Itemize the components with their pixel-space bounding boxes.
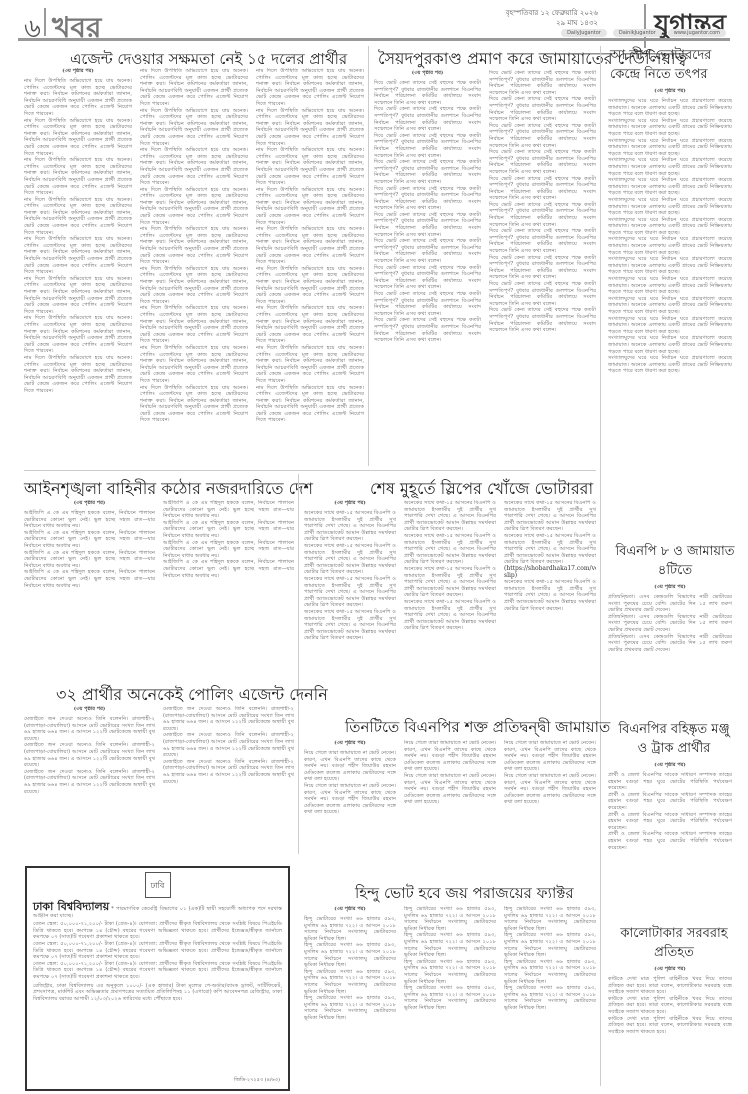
article-body: হিন্দু ভোটারের সংখ্যা ৬৬ হাজার ৫৯৩, মুসল… <box>304 995 396 1021</box>
continued-label: (৩য় পৃষ্ঠার পর) <box>304 740 396 748</box>
article-body: নাম দিলে উপস্থিতি অভিযোগে হয়ে যায় অনেক… <box>24 78 132 118</box>
article-body: নাম দিলে উপস্থিতি অভিযোগে হয়ে যায় অনেক… <box>140 226 248 266</box>
facebook-link[interactable]: DainikJugantor <box>613 29 662 37</box>
article-body: নাম দিলে উপস্থিতি অভিযোগে হয়ে যায় অনেক… <box>24 276 132 316</box>
continued-label: (৩য় পৃষ্ঠার পর) <box>608 88 732 96</box>
article-body: দিয়ে ভোট কেনা তাদের সেই বহুদের পক্ষে কত… <box>374 186 481 212</box>
newspaper-logo: যুগান্তর <box>644 4 726 48</box>
continued-label: (৩য় পৃষ্ঠার পর) <box>374 70 481 78</box>
date-gregorian: বৃহস্পতিবার ১২ ফেব্রুয়ারি ২০২৬ <box>506 8 598 18</box>
column-divider <box>298 474 299 854</box>
column-divider <box>600 46 601 1086</box>
article-agent-capacity: (৩য় পৃষ্ঠার পর)নাম দিলে উপস্থিতি অভিযোগ… <box>24 68 364 468</box>
article-body: প্রতিদ্বন্দ্বিতা। এসব কেন্দ্রগুলি বিভাগে… <box>608 634 732 654</box>
continued-label: (৩য় পৃষ্ঠার পর) <box>608 584 732 592</box>
continued-label: (৩য় পৃষ্ঠার পর) <box>24 706 155 714</box>
article-body: দিয়ে ভোট কেনা তাদের সেই বহুদের পক্ষে কত… <box>489 70 596 96</box>
headline-bnp-8[interactable]: বিএনপি ৮ ও জামায়াত ৪টিতে <box>615 542 735 580</box>
continued-label: (৩য় পৃষ্ঠার পর) <box>304 906 396 914</box>
article-body: নাম দিলে উপস্থিতি অভিযোগে হয়ে যায় অনেক… <box>24 355 132 395</box>
article-body: সংখ্যালঘুদের ঘরে ঘরে নির্বাচন ঘরে প্রচার… <box>608 118 732 138</box>
article-body: আইজিপি এ কে এম শহিদুল হককে বলেন, নির্বাচ… <box>24 569 155 589</box>
article-body: নাম দিলে উপস্থিতি অভিযোগে হয়ে যায় অনেক… <box>256 226 364 266</box>
article-body: হিন্দু ভোটারের সংখ্যা ৬৬ হাজার ৫৯৩, মুসল… <box>304 969 396 995</box>
article-body: সংখ্যালঘুদের ঘরে ঘরে নির্বাচন ঘরে প্রচার… <box>608 355 732 375</box>
article-body: প্রার্থী ও জেলা বিএনপির সাবেক সাধারণ সম্… <box>608 772 732 792</box>
social-links: DailyJugantor DainikJugantor www.juganto… <box>561 29 726 37</box>
article-body: আইজিপি এ কে এম শহিদুল হককে বলেন, নির্বাচ… <box>163 500 294 520</box>
article-body: সংখ্যালঘুদের ঘরে ঘরে নির্বাচন ঘরে প্রচার… <box>608 98 732 118</box>
advertisement-body: বেতন স্কেল: ৫০,০০০-৭১,২০০/- টাকা (গ্রেড-… <box>33 961 282 981</box>
continued-label: (৩য় পৃষ্ঠার পর) <box>304 500 396 508</box>
continued-label: (৩য় পৃষ্ঠার পর) <box>608 966 732 974</box>
article-body: অনেকের সাথে কথা-১৫ আসনের বিএনপি ও জামায়… <box>304 543 396 576</box>
article-body: আইজিপি এ কে এম শহিদুল হককে বলেন, নির্বাচ… <box>24 550 155 570</box>
article-body: হিন্দু ভোটারের সংখ্যা ৬৬ হাজার ৫৯৩, মুসল… <box>404 906 496 932</box>
article-body: দিয়ে ভোট কেনা তাদের সেই বহুদের পক্ষে কত… <box>374 106 481 132</box>
article-body: নাম দিলে উপস্থিতি অভিযোগে হয়ে যায় অনেক… <box>140 305 248 345</box>
article-expelled-manju: (৩য় পৃষ্ঠার পর) প্রার্থী ও জেলা বিএনপির… <box>608 762 732 912</box>
article-saidpur: (৩য় পৃষ্ঠার পর)দিয়ে ভোট কেনা তাদের সেই… <box>374 70 596 470</box>
article-body: দিয়ে ভোট কেনা তাদের সেই বহুদের পক্ষে কত… <box>489 123 596 149</box>
date-bengali: ২৯ মাঘ ১৪৩২ <box>506 18 598 28</box>
article-body: দিয়ে ভোট কেনা তাদের সেই বহুদের পক্ষে কত… <box>489 281 596 307</box>
article-body: প্রার্থী ও জেলা বিএনপির সাবেক সাধারণ সম্… <box>608 792 732 812</box>
article-body: দিয়ে ভোট কেনা তাদের সেই বহুদের পক্ষে কত… <box>374 80 481 106</box>
article-body: নাম দিলে উপস্থিতি অভিযোগে হয়ে যায় অনেক… <box>140 345 248 385</box>
article-body: সংখ্যালঘুদের ঘরে ঘরে নির্বাচন ঘরে প্রচার… <box>608 316 732 336</box>
article-body: আইজিপি এ কে এম শহিদুল হককে বলেন, নির্বাচ… <box>163 520 294 540</box>
section-title: খবর <box>52 6 101 53</box>
article-body: হিন্দু ভোটারের সংখ্যা ৬৬ হাজার ৫৯৩, মুসল… <box>404 985 496 1011</box>
article-body: মেজাইতে জন দেওয়া অন্যেও তিনি বলেননি। রা… <box>163 759 294 785</box>
article-body: প্রতিদ্বন্দ্বিতা। এসব কেন্দ্রগুলি বিভাগে… <box>608 614 732 634</box>
article-body: নাম দিলে উপস্থিতি অভিযোগে হয়ে যায় অনেক… <box>256 108 364 148</box>
divider <box>44 8 46 36</box>
article-body: মেজাইতে জন দেওয়া অন্যেও তিনি বলেননি। রা… <box>163 732 294 758</box>
article-body: নিয়ে গেলে তারা জামায়াতে না ভোট নেবেন। … <box>304 750 396 783</box>
headline-black-money[interactable]: কালোটাকার সরবরাহ প্রতিহত <box>612 924 736 962</box>
section-divider <box>24 470 596 471</box>
headline-law-enforcement[interactable]: আইনশৃঙ্খলা বাহিনীর কঠোর নজরদারিতে দেশ <box>24 476 313 503</box>
article-law-enforcement: (৩য় পৃষ্ঠার পর)আইজিপি এ কে এম শহিদুল হক… <box>24 500 294 670</box>
headline-jamaat-rival[interactable]: তিনটিতে বিএনপির শক্ত প্রতিদ্বন্দ্বী জামা… <box>345 716 610 741</box>
article-jamaat-rival: (৩য় পৃষ্ঠার পর)নিয়ে গেলে তারা জামায়াত… <box>304 740 596 850</box>
voter-slip-link[interactable]: (https://shobardhaka17.com/voter-slip) <box>504 566 596 579</box>
article-body: নাম দিলে উপস্থিতি অভিযোগে হয়ে যায় অনেক… <box>256 147 364 187</box>
page-number: ৬ <box>24 8 41 52</box>
advertisement-body: বেতন স্কেল: ৫০,০০০-৭১,২০০/- টাকা (গ্রেড-… <box>33 941 282 961</box>
article-body: নাম দিলে উপস্থিতি অভিযোগে হয়ে যায় অনেক… <box>140 266 248 306</box>
article-body: অনেকের সাথে কথা-১৫ আসনের বিএনপি ও জামায়… <box>404 500 496 533</box>
article-body: দিয়ে ভোট কেনা তাদের সেই বহুদের পক্ষে কত… <box>489 176 596 202</box>
article-body: নিয়ে গেলে তারা জামায়াতে না ভোট নেবেন। … <box>304 783 396 816</box>
article-body: নিয়ে গেলে তারা জামায়াতে না ভোট নেবেন। … <box>404 740 496 773</box>
article-body: কাউকে দেখা মাত্র পুলিশ বাহিনীকে খবর দিয়… <box>608 976 732 996</box>
article-body: সংখ্যালঘুদের ঘরে ঘরে নির্বাচন ঘরে প্রচার… <box>608 177 732 197</box>
article-body: নাম দিলে উপস্থিতি অভিযোগে হয়ে যায় অনেক… <box>24 197 132 237</box>
article-body: নাম দিলে উপস্থিতি অভিযোগে হয়ে যায় অনেক… <box>24 118 132 158</box>
article-body: সংখ্যালঘুদের ঘরে ঘরে নির্বাচন ঘরে প্রচার… <box>608 276 732 296</box>
article-voter-slip: (৩য় পৃষ্ঠার পর)অনেকের সাথে কথা-১৫ আসনের… <box>304 500 596 690</box>
headline-awami-league[interactable]: আ.লীগ ভোটারদের কেন্দ্রে নিতে তৎপর <box>610 46 740 84</box>
article-body: দিয়ে ভোট কেনা তাদের সেই বহুদের পক্ষে কত… <box>374 159 481 185</box>
article-body: হিন্দু ভোটারের সংখ্যা ৬৬ হাজার ৫৯৩, মুসল… <box>404 932 496 958</box>
article-body: দিয়ে ভোট কেনা তাদের সেই বহুদের পক্ষে কত… <box>374 291 481 317</box>
article-body: অনেকের সাথে কথা-১৫ আসনের বিএনপি ও জামায়… <box>504 500 596 533</box>
article-body: দিয়ে ভোট কেনা তাদের সেই বহুদের পক্ষে কত… <box>489 228 596 254</box>
headline-expelled-manju[interactable]: বিএনপির বহিষ্কৃত মঞ্জু ও ট্রাক প্রার্থীর <box>612 720 736 758</box>
article-body: হিন্দু ভোটারের সংখ্যা ৬৬ হাজার ৫৯৩, মুসল… <box>504 959 596 985</box>
article-polling-agents: (৩য় পৃষ্ঠার পর)মেজাইতে জন দেওয়া অন্যেও… <box>24 706 294 856</box>
article-body: নাম দিলে উপস্থিতি অভিযোগে হয়ে যায় অনেক… <box>256 266 364 306</box>
article-body: সংখ্যালঘুদের ঘরে ঘরে নির্বাচন ঘরে প্রচার… <box>608 197 732 217</box>
article-body: হিন্দু ভোটারের সংখ্যা ৬৬ হাজার ৫৯৩, মুসল… <box>304 916 396 942</box>
article-body: প্রার্থী ও জেলা বিএনপির সাবেক সাধারণ সম্… <box>608 812 732 832</box>
column-divider <box>368 46 369 466</box>
article-body: হিন্দু ভোটারের সংখ্যা ৬৬ হাজার ৫৯৩, মুসল… <box>504 906 596 932</box>
article-awami-league: (৩য় পৃষ্ঠার পর) সংখ্যালঘুদের ঘরে ঘরে নি… <box>608 88 732 528</box>
article-body: মেজাইতে জন দেওয়া অন্যেও তিনি বলেননি। রা… <box>24 769 155 795</box>
article-body: অনেকের সাথে কথা-১৫ আসনের বিএনপি ও জামায়… <box>304 576 396 609</box>
article-body: হিন্দু ভোটারের সংখ্যা ৬৬ হাজার ৫৯৩, মুসল… <box>304 942 396 968</box>
article-body: দিয়ে ভোট কেনা তাদের সেই বহুদের পক্ষে কত… <box>374 265 481 291</box>
headline-polling-agents[interactable]: ৩২ প্রার্থীর অনেকেই পোলিং এজেন্ট দেননি <box>56 682 328 709</box>
article-body: অনেকের সাথে কথা-১৫ আসনের বিএনপি ও জামায়… <box>404 533 496 566</box>
article-body: সংখ্যালঘুদের ঘরে ঘরে নির্বাচন ঘরে প্রচার… <box>608 256 732 276</box>
article-body: সংখ্যালঘুদের ঘরে ঘরে নির্বাচন ঘরে প্রচার… <box>608 236 732 256</box>
article-body: দিয়ে ভোট কেনা তাদের সেই বহুদের পক্ষে কত… <box>374 133 481 159</box>
advertisement-body: বেতন স্কেল: ৫০,০০০-৭১,২০০/- টাকা (গ্রেড-… <box>33 921 282 941</box>
article-body: অনেকের সাথে কথা-১৫ আসনের বিএনপি ও জামায়… <box>404 566 496 599</box>
continued-label: (৩য় পৃষ্ঠার পর) <box>24 500 155 508</box>
continued-label: (৩য় পৃষ্ঠার পর) <box>608 762 732 770</box>
article-body: প্রার্থী ও জেলা বিএনপির সাবেক সাধারণ সম্… <box>608 831 732 851</box>
twitter-link[interactable]: DailyJugantor <box>561 29 607 37</box>
article-body: নাম দিলে উপস্থিতি অভিযোগে হয়ে যায় অনেক… <box>256 345 364 385</box>
article-body: নাম দিলে উপস্থিতি অভিযোগে হয়ে যায় অনেক… <box>140 147 248 187</box>
advertisement-title: ঢাকা বিশ্ববিদ্যালয় <box>33 900 109 913</box>
article-body: নাম দিলে উপস্থিতি অভিযোগে হয়ে যায় অনেক… <box>24 157 132 197</box>
header-rule <box>18 38 730 41</box>
article-body: সংখ্যালঘুদের ঘরে ঘরে নির্বাচন ঘরে প্রচার… <box>608 138 732 158</box>
article-body: হিন্দু ভোটারের সংখ্যা ৬৬ হাজার ৫৯৩, মুসল… <box>504 932 596 958</box>
article-body: দিয়ে ভোট কেনা তাদের সেই বহুদের পক্ষে কত… <box>374 212 481 238</box>
article-body: নাম দিলে উপস্থিতি অভিযোগে হয়ে যায় অনেক… <box>140 68 248 108</box>
article-body: আইজিপি এ কে এম শহিদুল হককে বলেন, নির্বাচ… <box>24 530 155 550</box>
article-body: অনেকের সাথে কথা-১৫ আসনের বিএনপি ও জামায়… <box>504 579 596 612</box>
article-body: দিয়ে ভোট কেনা তাদের সেই বহুদের পক্ষে কত… <box>489 96 596 122</box>
article-body: অনেকের সাথে কথা-১৫ আসনের বিএনপি ও জামায়… <box>504 533 596 566</box>
article-body: দিয়ে ভোট কেনা তাদের সেই বহুদের পক্ষে কত… <box>374 317 481 343</box>
article-body: নাম দিলে উপস্থিতি অভিযোগে হয়ে যায় অনেক… <box>256 68 364 108</box>
article-body: মেজাইতে জন দেওয়া অন্যেও তিনি বলেননি। রা… <box>24 742 155 768</box>
article-body: নিয়ে গেলে তারা জামায়াতে না ভোট নেবেন। … <box>404 773 496 806</box>
article-bnp-8: (৩য় পৃষ্ঠার পর) প্রতিদ্বন্দ্বিতা। এসব ক… <box>608 584 732 704</box>
article-body: মেজাইতে জন দেওয়া অন্যেও তিনি বলেননি। রা… <box>163 706 294 732</box>
article-body: অনেকের সাথে কথা-১৫ আসনের বিএনপি ও জামায়… <box>304 609 396 642</box>
article-body: আইজিপি এ কে এম শহিদুল হককে বলেন, নির্বাচ… <box>163 559 294 579</box>
advertisement-ref: জিডি-২৭২৫৩ (৪/৬৩) <box>234 1077 280 1085</box>
article-body: দিয়ে ভোট কেনা তাদের সেই বহুদের পক্ষে কত… <box>489 255 596 281</box>
article-body: নাম দিলে উপস্থিতি অভিযোগে হয়ে যায় অনেক… <box>256 305 364 345</box>
article-body: নিয়ে গেলে তারা জামায়াতে না ভোট নেবেন। … <box>504 773 596 806</box>
masthead: ৬ খবর বৃহস্পতিবার ১২ ফেব্রুয়ারি ২০২৬ ২৯… <box>0 0 748 40</box>
article-body: আইজিপি এ কে এম শহিদুল হককে বলেন, নির্বাচ… <box>24 510 155 530</box>
dhaka-university-advertisement: ঢাবি ঢাকা বিশ্ববিদ্যালয় * পারমাণবিক কেম… <box>25 866 290 1091</box>
article-body: নিয়ে গেলে তারা জামায়াতে না ভোট নেবেন। … <box>504 740 596 773</box>
article-body: নাম দিলে উপস্থিতি অভিযোগে হয়ে যায় অনেক… <box>24 315 132 355</box>
article-body: সংখ্যালঘুদের ঘরে ঘরে নির্বাচন ঘরে প্রচার… <box>608 157 732 177</box>
university-logo-icon: ঢাবি <box>145 872 171 898</box>
article-body: কাউকে দেখা মাত্র পুলিশ বাহিনীকে খবর দিয়… <box>608 996 732 1016</box>
article-body: দিয়ে ভোট কেনা তাদের সেই বহুদের পক্ষে কত… <box>489 307 596 333</box>
article-body: আইজিপি এ কে এম শহিদুল হককে বলেন, নির্বাচ… <box>163 540 294 560</box>
dateline: বৃহস্পতিবার ১২ ফেব্রুয়ারি ২০২৬ ২৯ মাঘ ১… <box>506 8 598 28</box>
article-body: সংখ্যালঘুদের ঘরে ঘরে নির্বাচন ঘরে প্রচার… <box>608 217 732 237</box>
article-body: নাম দিলে উপস্থিতি অভিযোগে হয়ে যায় অনেক… <box>256 385 364 425</box>
article-body: মেজাইতে জন দেওয়া অন্যেও তিনি বলেননি। রা… <box>24 716 155 742</box>
article-body: হিন্দু ভোটারের সংখ্যা ৬৬ হাজার ৫৯৩, মুসল… <box>404 959 496 985</box>
article-body: কাউকে দেখা মাত্র পুলিশ বাহিনীকে খবর দিয়… <box>608 1016 732 1036</box>
article-body: দিয়ে ভোট কেনা তাদের সেই বহুদের পক্ষে কত… <box>374 238 481 264</box>
continued-label: (৩য় পৃষ্ঠার পর) <box>24 68 132 76</box>
article-body: অনেকের সাথে কথা-১৫ আসনের বিএনপি ও জামায়… <box>404 599 496 632</box>
website-link[interactable]: www.jugantor.com <box>668 29 726 37</box>
article-body: হিন্দু ভোটারের সংখ্যা ৬৬ হাজার ৫৯৩, মুসল… <box>504 985 596 1011</box>
article-body: নাম দিলে উপস্থিতি অভিযোগে হয়ে যায় অনেক… <box>256 187 364 227</box>
article-body: দিয়ে ভোট কেনা তাদের সেই বহুদের পক্ষে কত… <box>489 202 596 228</box>
article-body: অনেকের সাথে কথা-১৫ আসনের বিএনপি ও জামায়… <box>304 510 396 543</box>
article-body: দিয়ে ভোট কেনা তাদের সেই বহুদের পক্ষে কত… <box>489 149 596 175</box>
article-body: নাম দিলে উপস্থিতি অভিযোগে হয়ে যায় অনেক… <box>140 187 248 227</box>
article-hindu-vote: (৩য় পৃষ্ঠার পর)হিন্দু ভোটারের সংখ্যা ৬৬… <box>304 906 596 1091</box>
article-body: নাম দিলে উপস্থিতি অভিযোগে হয়ে যায় অনেক… <box>140 385 248 425</box>
headline-voter-slip[interactable]: শেষ মুহূর্তে স্লিপের খোঁজে ভোটাররা <box>370 476 593 503</box>
article-body: সংখ্যালঘুদের ঘরে ঘরে নির্বাচন ঘরে প্রচার… <box>608 335 732 355</box>
article-body: সংখ্যালঘুদের ঘরে ঘরে নির্বাচন ঘরে প্রচার… <box>608 296 732 316</box>
headline-hindu-vote[interactable]: হিন্দু ভোট হবে জয় পরাজয়ের ফ্যাক্টর <box>355 882 574 907</box>
article-body: নাম দিলে উপস্থিতি অভিযোগে হয়ে যায় অনেক… <box>24 236 132 276</box>
article-body: প্রতিদ্বন্দ্বিতা। এসব কেন্দ্রগুলি বিভাগে… <box>608 594 732 614</box>
article-black-money: (৩য় পৃষ্ঠার পর) কাউকে দেখা মাত্র পুলিশ … <box>608 966 732 1091</box>
advertisement-footer: রেজিস্ট্রার, ঢাকা বিশ্ববিদ্যালয় এর অনুক… <box>33 983 282 1003</box>
article-body: নাম দিলে উপস্থিতি অভিযোগে হয়ে যায় অনেক… <box>140 108 248 148</box>
